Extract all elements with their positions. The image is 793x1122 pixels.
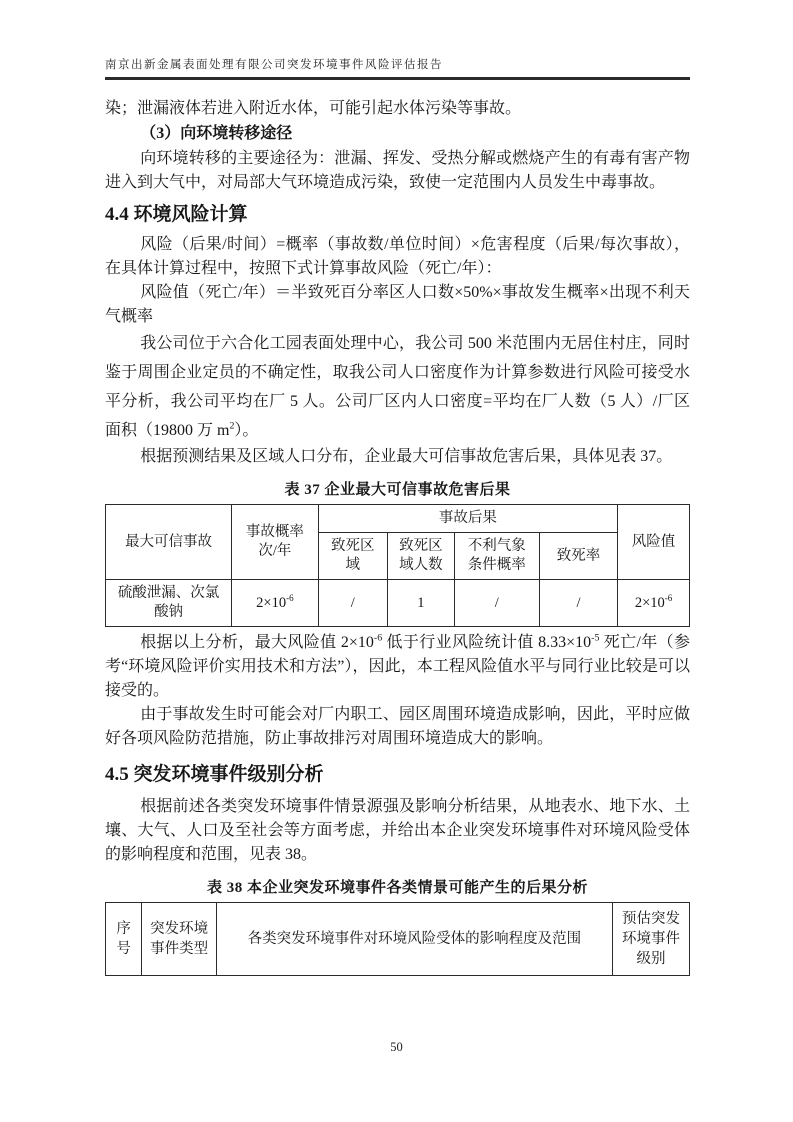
t37-subheader-death-zone-people: 致死区 域人数 <box>388 533 455 580</box>
paragraph-risk-formula-2: 风险值（死亡/年）＝半致死百分率区人口数×50%×事故发生概率×出现不利天气概率 <box>105 281 690 329</box>
table-38-caption: 表 38 本企业突发环境事件各类情景可能产生的后果分析 <box>105 876 690 897</box>
table-38-header-row: 序号 突发环境 事件类型 各类突发环境事件对环境风险受体的影响程度及范围 预估突… <box>106 903 690 976</box>
t37-cell-death-zone-people: 1 <box>388 580 455 627</box>
t37-header-risk-value: 风险值 <box>618 505 690 580</box>
table-row: 硫酸泄漏、次氯 酸钠 2×10-6 / 1 / / 2×10-6 <box>106 580 690 627</box>
section-heading-4-4: 4.4 环境风险计算 <box>105 202 690 228</box>
paragraph-prevention: 由于事故发生时可能会对厂内职工、园区周围环境造成影响，因此，平时应做好各项风险防… <box>105 703 690 751</box>
t37-cell-probability: 2×10-6 <box>232 580 318 627</box>
t37-subheader-death-rate: 致死率 <box>539 533 617 580</box>
paragraph-transfer-path: 向环境转移的主要途径为：泄漏、挥发、受热分解或燃烧产生的有毒有害产物进入到大气中… <box>105 147 690 195</box>
document-page: 南京出新金属表面处理有限公司突发环境事件风险评估报告 染；泄漏液体若进入附近水体… <box>0 0 793 1122</box>
paragraph-continued: 染；泄漏液体若进入附近水体，可能引起水体污染等事故。 <box>105 97 690 121</box>
t37-header-probability: 事故概率 次/年 <box>232 505 318 580</box>
page-number: 50 <box>0 1040 793 1055</box>
table-37-header-row-1: 最大可信事故 事故概率 次/年 事故后果 风险值 <box>106 505 690 533</box>
paragraph-risk-formula-1: 风险（后果/时间）=概率（事故数/单位时间）×危害程度（后果/每次事故），在具体… <box>105 233 690 281</box>
sub-heading-transfer-path: （3）向环境转移途径 <box>105 121 690 147</box>
table-38-scenario-consequence: 序号 突发环境 事件类型 各类突发环境事件对环境风险受体的影响程度及范围 预估突… <box>105 902 690 976</box>
t37-cell-accident: 硫酸泄漏、次氯 酸钠 <box>106 580 232 627</box>
document-body: 染；泄漏液体若进入附近水体，可能引起水体污染等事故。 （3）向环境转移途径 向环… <box>105 97 690 976</box>
paragraph-company-population: 我公司位于六合化工园表面处理中心，我公司 500 米范围内无居住村庄，同时鉴于周… <box>105 329 690 445</box>
t37-header-consequence: 事故后果 <box>318 505 618 533</box>
t38-header-impact-scope: 各类突发环境事件对环境风险受体的影响程度及范围 <box>216 903 612 976</box>
t38-header-estimated-level: 预估突发 环境事件 级别 <box>612 903 689 976</box>
t37-cell-bad-weather-prob: / <box>454 580 539 627</box>
paragraph-risk-analysis: 根据以上分析，最大风险值 2×10-6 低于行业风险统计值 8.33×10-5 … <box>105 631 690 703</box>
header-rule <box>105 77 690 80</box>
section-heading-4-5: 4.5 突发环境事件级别分析 <box>105 762 690 788</box>
t37-cell-risk-value: 2×10-6 <box>618 580 690 627</box>
header-title: 南京出新金属表面处理有限公司突发环境事件风险评估报告 <box>105 56 690 77</box>
t38-header-number: 序号 <box>106 903 142 976</box>
t37-cell-death-rate: / <box>539 580 617 627</box>
paragraph-event-level: 根据前述各类突发环境事件情景源强及影响分析结果，从地表水、地下水、土壤、大气、人… <box>105 795 690 867</box>
t38-header-event-type: 突发环境 事件类型 <box>142 903 217 976</box>
t37-header-accident: 最大可信事故 <box>106 505 232 580</box>
table-37-caption: 表 37 企业最大可信事故危害后果 <box>105 478 690 499</box>
t37-cell-death-zone: / <box>318 580 387 627</box>
page-header: 南京出新金属表面处理有限公司突发环境事件风险评估报告 <box>105 56 690 80</box>
t37-subheader-bad-weather-prob: 不利气象 条件概率 <box>454 533 539 580</box>
paragraph-prediction: 根据预测结果及区域人口分布，企业最大可信事故危害后果，具体见表 37。 <box>105 445 690 469</box>
t37-subheader-death-zone: 致死区 域 <box>318 533 387 580</box>
table-37-max-credible-accident: 最大可信事故 事故概率 次/年 事故后果 风险值 致死区 域 致死区 域人数 不… <box>105 504 690 627</box>
